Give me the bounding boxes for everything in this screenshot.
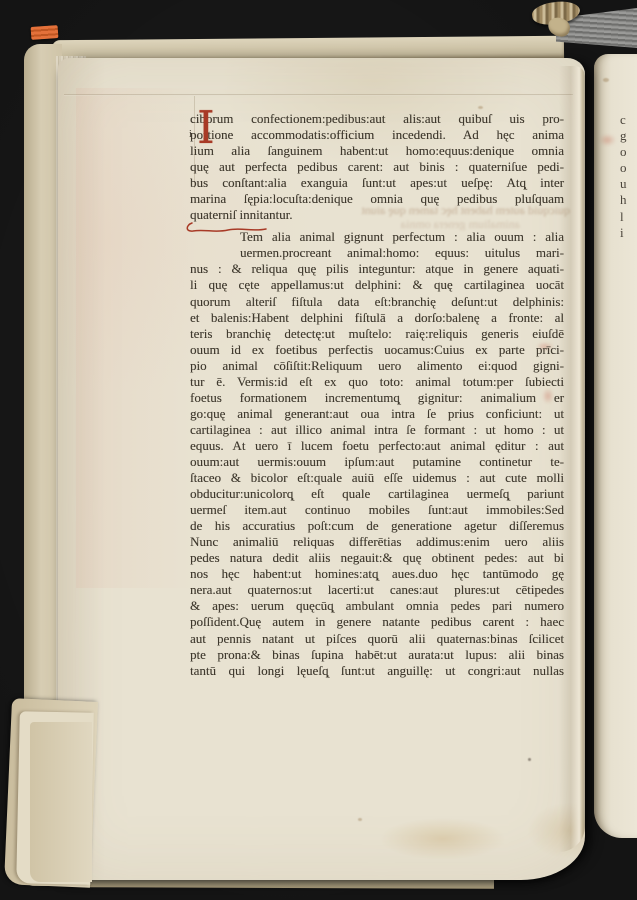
- horizontal-crease: [64, 94, 573, 96]
- text-line: teris branchię detectę:ut muſtelo: raię:…: [190, 326, 564, 342]
- text-line: poſſident.Quę autem in genere natante pe…: [190, 614, 564, 630]
- partial-letter: i: [620, 225, 637, 241]
- stain-spot: [603, 78, 609, 82]
- stain-spot: [478, 106, 483, 109]
- text-line: uermeſ item.aut continuo mobiles ſunt:au…: [190, 502, 564, 518]
- text-line: & apes: uerum quęcūq̨ ambulant omnia ped…: [190, 598, 564, 614]
- text-line: pte prona:& binas ſupina habēt:ut aurata…: [190, 647, 564, 663]
- text-line: quorum alteriſ fiſtula data eſt:branchię…: [190, 294, 564, 310]
- facing-page-edge: cgoouhli: [594, 54, 637, 838]
- text-line: pedes natura dedit aliis negauit:& quę o…: [190, 550, 564, 566]
- text-line: de his accuratius poſt:cum de generation…: [190, 518, 564, 534]
- paragraph-with-initial: I i Tem alia animal gignunt perfectum : …: [190, 229, 564, 678]
- text-line: lium alia ſanguinem habent:ut homo:equus…: [190, 143, 564, 159]
- text-line: tantū qui longi lęueſq̨ ſunt:ut anguillę…: [190, 663, 564, 679]
- partial-letter: o: [620, 144, 637, 160]
- partial-letter: u: [620, 176, 637, 192]
- text-line: ciborum confectionem:pedibus:aut alis:au…: [190, 111, 564, 127]
- text-line: obducitur:unicolorq̨ eſt quale cartilagi…: [190, 486, 564, 502]
- partial-letter: c: [620, 112, 637, 128]
- partial-letter: o: [620, 160, 637, 176]
- text-line: marina ſępia:locuſta:denique omnia quę p…: [190, 191, 564, 207]
- text-line: tur ē. Vermis:id eſt ex quo toto: animal…: [190, 374, 564, 390]
- open-book-photo: cgoouhli quicquid autem habent hęc tamen…: [0, 0, 637, 900]
- paragraph: ciborum confectionem:pedibus:aut alis:au…: [190, 111, 564, 223]
- stain-spot: [358, 818, 362, 821]
- guide-letter: i: [189, 130, 192, 140]
- text-line: Tem alia animal gignunt perfectum : alia…: [240, 229, 564, 245]
- offset-stain: [76, 88, 196, 588]
- ink-speck: [528, 758, 531, 761]
- rubricated-initial: I: [197, 110, 215, 146]
- text-line: aut pennis natant ut piſces quorū alii q…: [190, 631, 564, 647]
- text-line: nus : & reliqua quę pilis integuntur: at…: [190, 261, 564, 277]
- text-line: go:quę animal generant:aut oua intra ſe …: [190, 406, 564, 422]
- text-line: li quę cęte appellamus:ut delphini: & qu…: [190, 277, 564, 293]
- text-line: uermen.procreant animal:homo: equus: uit…: [240, 245, 564, 261]
- text-line: portione accommodatis:officium incedendi…: [190, 127, 564, 143]
- book-page: quicquid autem habent hęc tamen quę aiun…: [58, 58, 585, 880]
- text-line: bus conſtant:alia exanguia ſunt:ut apes:…: [190, 175, 564, 191]
- partial-letter: l: [620, 209, 637, 225]
- text-line: et balenis:Habent delphini fiſtulā a dor…: [190, 310, 564, 326]
- text-line: ouum:aut uermis:ouum ipſum:aut putamine …: [190, 454, 564, 470]
- text-line: nera.aut quaternos:ut lacerti:ut canes:a…: [190, 582, 564, 598]
- text-line: ouum id ex foetibus perfectis uocamus:Cu…: [190, 342, 564, 358]
- text-line: Nunc animaliū reliquas differētias addim…: [190, 534, 564, 550]
- rubric-flourish: [184, 221, 270, 236]
- text-line: pio animal cōſiſtit:Reliquum uero alimen…: [190, 358, 564, 374]
- text-line: equus. At uero ī lucem foetu perfecto:au…: [190, 438, 564, 454]
- text-line: cartilaginea : aut illico animal intra ſ…: [190, 422, 564, 438]
- partial-letter: h: [620, 192, 637, 208]
- underlying-leaf: [30, 722, 92, 882]
- text-block: ciborum confectionem:pedibus:aut alis:au…: [190, 111, 564, 679]
- bookmark-tab: [31, 25, 59, 40]
- text-line: foetus formationem incrementumq̨ gignitu…: [190, 390, 564, 406]
- text-line: quę aut perfecta pedibus carent: aut bin…: [190, 159, 564, 175]
- partial-letter: g: [620, 128, 637, 144]
- red-ink-smudge: [599, 134, 616, 146]
- text-line: ſtaceo & bicolor eſt:quale auiū eſſe uid…: [190, 470, 564, 486]
- text-line: nos hęc habent:ut homines:atq̨ aues.duo …: [190, 566, 564, 582]
- facing-page-text-fragment: cgoouhli: [620, 112, 637, 241]
